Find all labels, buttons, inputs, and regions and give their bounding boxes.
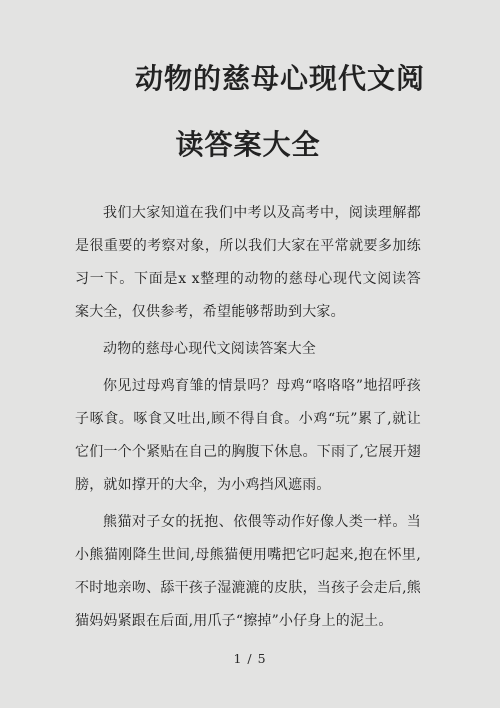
document-body: 我们大家知道在我们中考以及高考中，阅读理解都是很重要的考察对象，所以我们大家在平… (75, 197, 421, 638)
document-title-line-1: 动物的慈母心现代文阅 (75, 46, 421, 112)
paragraph-hen: 你见过母鸡育雏的情景吗？母鸡“咯咯咯”地招呼孩子啄食。啄食又吐出,顾不得自食。小… (75, 370, 421, 502)
page-number: 1 / 5 (0, 651, 500, 666)
document-title-line-2: 读答案大全 (75, 112, 421, 178)
document-title: 动物的慈母心现代文阅 读答案大全 (75, 46, 421, 178)
section-heading: 动物的慈母心现代文阅读答案大全 (75, 333, 421, 366)
document-page: 动物的慈母心现代文阅 读答案大全 我们大家知道在我们中考以及高考中，阅读理解都是… (0, 0, 500, 708)
intro-paragraph: 我们大家知道在我们中考以及高考中，阅读理解都是很重要的考察对象，所以我们大家在平… (75, 197, 421, 329)
paragraph-panda: 熊猫对子女的抚抱、依偎等动作好像人类一样。当小熊猫刚降生世间,母熊猫便用嘴把它叼… (75, 506, 421, 638)
